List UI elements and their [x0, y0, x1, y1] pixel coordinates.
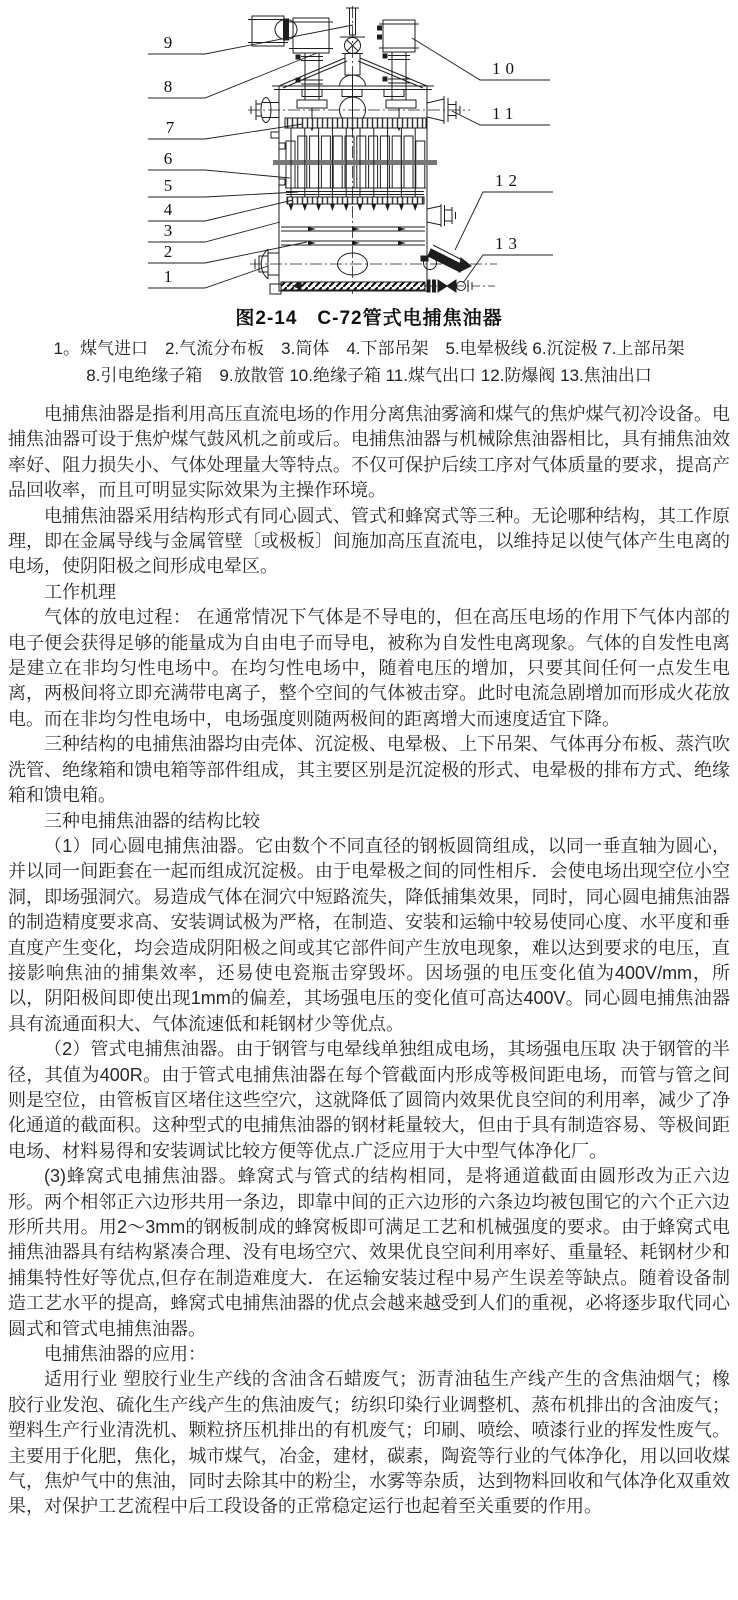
figure-legend-line2: 8.引电绝缘子箱 9.放散管 10.绝缘子箱 11.煤气出口 12.防爆阀 13…	[0, 362, 738, 389]
article-body: 电捕焦油器是指利用高压直流电场的作用分离焦油雾滴和煤气的焦炉煤气初冷设备。电捕焦…	[0, 402, 738, 1520]
upper-hanger-grid	[285, 118, 426, 128]
paragraph-common-parts: 三种结构的电捕焦油器均由壳体、沉淀极、电晕极、上下吊架、气体再分布板、蒸汽吹洗管…	[8, 732, 730, 808]
distribution-plates	[281, 227, 425, 245]
vessel-floor	[270, 282, 425, 294]
tar-outlet-valve	[424, 280, 495, 292]
diagram-label-1: 1	[164, 267, 173, 286]
figure-caption: 图2-14 C-72管式电捕焦油器	[0, 303, 738, 330]
figure-legend: 1。煤气进口 2.气流分布板 3.筒体 4.下部吊架 5.电晕极线 6.沉淀极 …	[0, 335, 738, 389]
diagram-label-12: 12	[495, 171, 522, 190]
diagram-label-4: 4	[164, 200, 173, 219]
heading-working-mechanism: 工作机理	[8, 580, 730, 605]
diagram-label-7: 7	[166, 118, 175, 137]
paragraph-structure-types: 电捕焦油器采用结构形式有同心圆式、管式和蜂窝式等三种。无论哪种结构，其工作原理，…	[8, 504, 730, 580]
insulator-box-right	[378, 20, 420, 130]
paragraph-discharge-process: 气体的放电过程： 在通常情况下气体是不导电的，但在高压电场的作用下气体内部的电子…	[8, 605, 730, 732]
diagram-labels: 9 8 7 6 5 4 3 2 1 10 11 12 13	[164, 33, 522, 286]
precipitator-drawing: 9 8 7 6 5 4 3 2 1 10 11 12 13	[0, 0, 738, 300]
explosion-valve	[421, 245, 471, 272]
paragraph-concentric-type: （1）同心圆电捕焦油器。它由数个不同直径的钢板圆筒组成，以同一垂直轴为圆心，并以…	[8, 834, 730, 1037]
feed-insulator-box	[248, 16, 297, 46]
paragraph-tube-type: （2）管式电捕焦油器。由于钢管与电晕线单独组成电场，其场强电压取 决于钢管的半径…	[8, 1037, 730, 1164]
diagram-label-6: 6	[164, 149, 173, 168]
diagram-label-9: 9	[164, 33, 173, 52]
diagram-label-8: 8	[164, 77, 173, 96]
diagram-label-11: 11	[492, 104, 518, 123]
diagram-label-5: 5	[164, 176, 173, 195]
paragraph-applications: 适用行业 塑胶行业生产线的含油含石蜡废气；沥青油毡生产线产生的含焦油烟气；橡胶行…	[8, 1367, 730, 1519]
lower-hanger-grid	[287, 197, 424, 204]
figure-legend-line1: 1。煤气进口 2.气流分布板 3.筒体 4.下部吊架 5.电晕极线 6.沉淀极 …	[0, 335, 738, 362]
tube-sheet-band	[273, 160, 437, 165]
diagram-label-13: 13	[495, 234, 522, 253]
right-middle-nozzle	[427, 204, 456, 227]
diagram-label-3: 3	[164, 221, 173, 240]
diagram-label-10: 10	[492, 59, 519, 78]
paragraph-honeycomb-type: (3)蜂窝式电捕焦油器。蜂窝式与管式的结构相同，是将通道截面由圆形改为正六边形。…	[8, 1164, 730, 1342]
paragraph-intro: 电捕焦油器是指利用高压直流电场的作用分离焦油雾滴和煤气的焦炉煤气初冷设备。电捕焦…	[8, 402, 730, 504]
figure-diagram: 9 8 7 6 5 4 3 2 1 10 11 12 13	[0, 0, 738, 300]
heading-applications: 电捕焦油器的应用：	[8, 1342, 730, 1367]
diagram-label-2: 2	[164, 242, 173, 261]
heading-structure-comparison: 三种电捕焦油器的结构比较	[8, 809, 730, 834]
document-page: 9 8 7 6 5 4 3 2 1 10 11 12 13 图2-14 C-72…	[0, 0, 738, 1600]
